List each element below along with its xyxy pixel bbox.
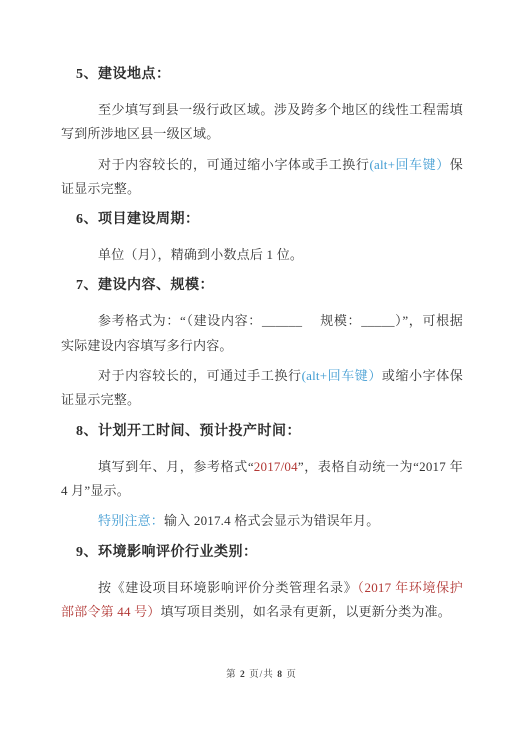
text-run: 输入 2017.4 格式会显示为错误年月。 (164, 513, 379, 528)
paragraph: 对于内容较长的，可通过缩小字体或手工换行(alt+回车键）保证显示完整。 (61, 153, 463, 202)
text-run: 单位（月），精确到小数点后 1 位。 (98, 247, 303, 262)
paragraph: 对于内容较长的，可通过手工换行(alt+回车键）或缩小字体保证显示完整。 (61, 364, 463, 413)
text-run: 对于内容较长的，可通过缩小字体或手工换行 (98, 157, 369, 172)
text-run: 至少填写到县一级行政区域。涉及跨多个地区的线性工程需填写到所涉地区县一级区域。 (61, 102, 463, 141)
text-run: (alt+回车键） (302, 368, 382, 383)
section-heading: 5、建设地点： (61, 62, 463, 87)
text-run: 对于内容较长的，可通过手工换行 (98, 368, 302, 383)
text-run: 特别注意： (98, 513, 164, 528)
text-run: 填写项目类别，如名录有更新，以更新分类为准。 (161, 604, 451, 619)
page-number-footer: 第 2 页/共 8 页 (0, 666, 523, 680)
text-run: 2017/04 (254, 459, 298, 474)
paragraph: 填写到年、月，参考格式“2017/04”，表格自动统一为“2017 年 4 月”… (61, 455, 463, 504)
text-run: 参考格式为：“（建设内容：______ 规模：_____）”，可根据实际建设内容… (61, 313, 463, 352)
paragraph: 按《建设项目环境影响评价分类管理名录》（2017 年环境保护部部令第 44 号）… (61, 576, 463, 625)
text-run: 5、建设地点： (76, 67, 171, 82)
text-run: 9、环境影响评价行业类别： (76, 545, 258, 560)
text-run: 7、建设内容、规模： (76, 278, 214, 293)
text-run: 页/共 (246, 670, 277, 680)
paragraph: 至少填写到县一级行政区域。涉及跨多个地区的线性工程需填写到所涉地区县一级区域。 (61, 98, 463, 147)
text-run: 页 (283, 670, 297, 680)
section-heading: 9、环境影响评价行业类别： (61, 540, 463, 565)
section-heading: 6、项目建设周期： (61, 207, 463, 232)
text-run: 8、计划开工时间、预计投产时间： (76, 424, 301, 439)
text-run: 第 (226, 670, 240, 680)
text-run: 6、项目建设周期： (76, 212, 200, 227)
paragraph: 特别注意：输入 2017.4 格式会显示为错误年月。 (61, 509, 463, 533)
text-run: (alt+回车键） (369, 157, 449, 172)
section-heading: 7、建设内容、规模： (61, 273, 463, 298)
text-run: 按《建设项目环境影响评价分类管理名录》 (98, 580, 357, 595)
document-body: 5、建设地点：至少填写到县一级行政区域。涉及跨多个地区的线性工程需填写到所涉地区… (61, 62, 463, 624)
paragraph: 参考格式为：“（建设内容：______ 规模：_____）”，可根据实际建设内容… (61, 309, 463, 358)
document-page: 5、建设地点：至少填写到县一级行政区域。涉及跨多个地区的线性工程需填写到所涉地区… (0, 0, 523, 740)
section-heading: 8、计划开工时间、预计投产时间： (61, 419, 463, 444)
paragraph: 单位（月），精确到小数点后 1 位。 (61, 243, 463, 267)
text-run: 填写到年、月，参考格式“ (98, 459, 254, 474)
